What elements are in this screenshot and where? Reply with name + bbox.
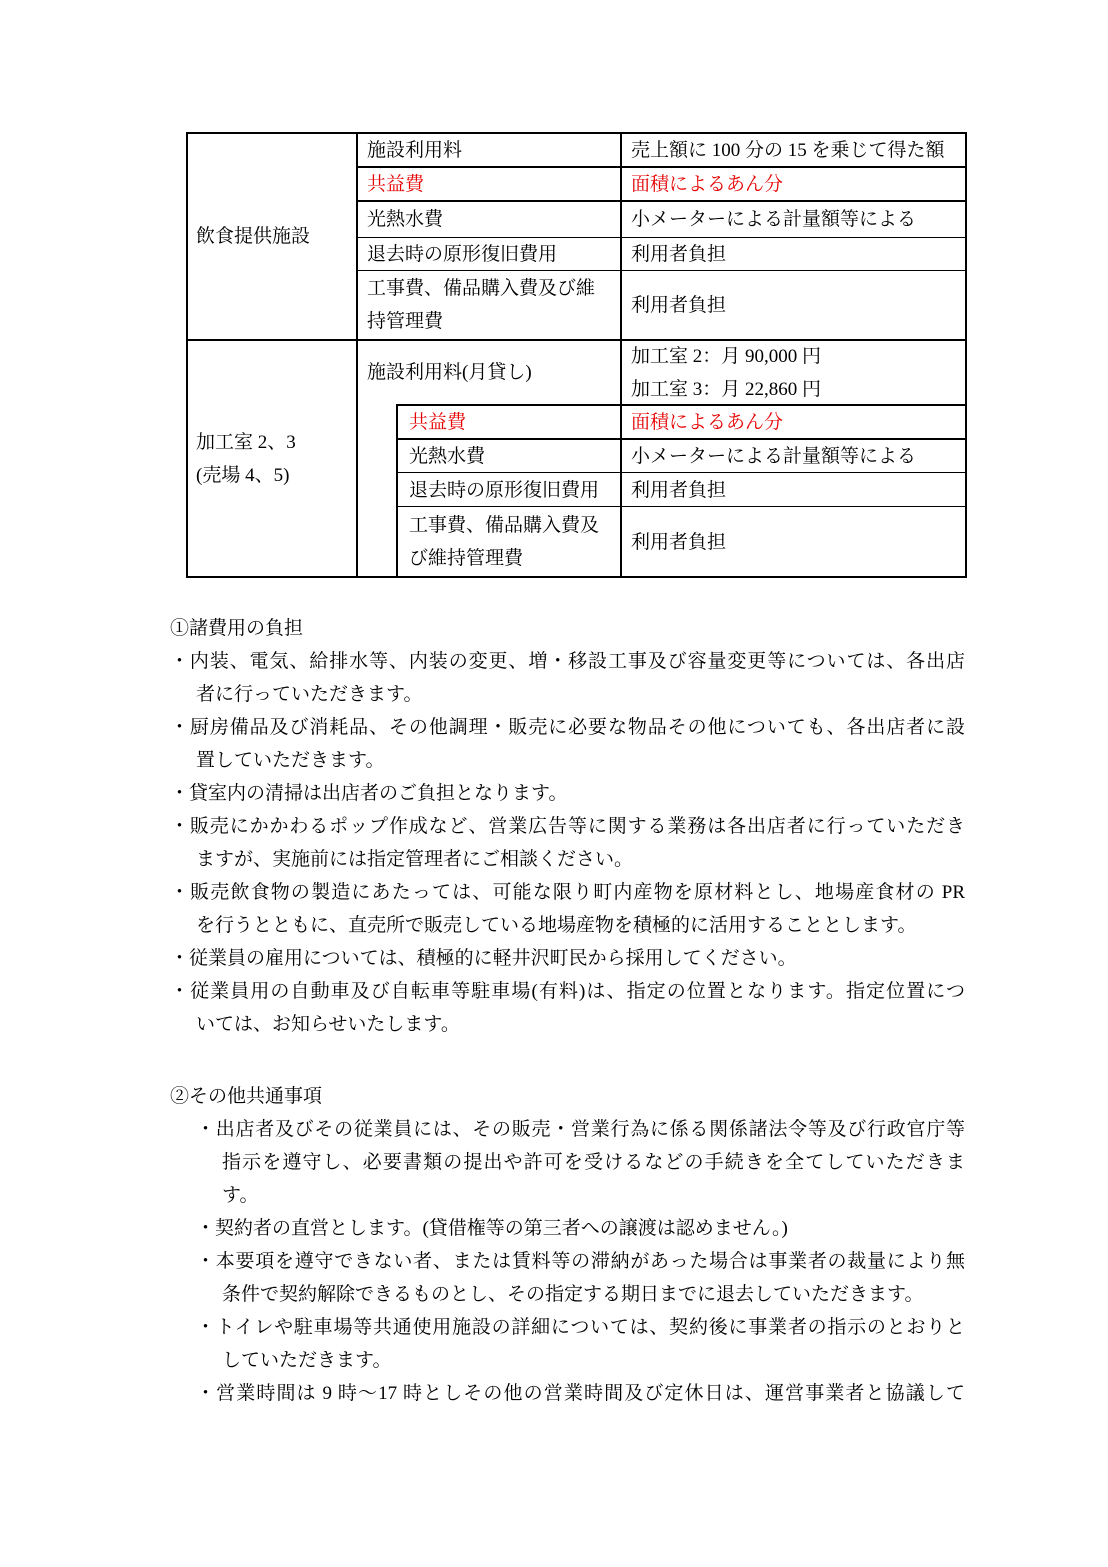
fee-label-common-service: 共益費 <box>358 168 620 200</box>
rent-value-room2: 加工室 2：月 90,000 円 <box>631 340 821 373</box>
fee-value-text: 利用者負担 <box>631 238 726 271</box>
fee-value-monthly-rent: 加工室 2：月 90,000 円 加工室 3：月 22,860 円 <box>622 341 965 404</box>
note-line: 置していただきます。 <box>196 744 965 777</box>
group-cell-restaurant: 飲食提供施設 <box>188 134 356 339</box>
fee-value-common-service: 面積によるあん分 <box>622 168 965 200</box>
subfee-label-common-service: 共益費 <box>400 406 620 438</box>
subfee-label: 工事費、備品購入費及 び維持管理費 <box>400 508 620 576</box>
note-line: ・トイレや駐車場等共通使用施設の詳細については、契約後に事業者の指示のとおりと <box>196 1311 965 1344</box>
fee-label-text: 共益費 <box>367 168 424 201</box>
note-line: ・従業員の雇用については、積極的に軽井沢町民から採用してください。 <box>170 942 965 975</box>
fee-value-text: 面積によるあん分 <box>631 406 783 439</box>
fee-value-text: 利用者負担 <box>631 474 726 507</box>
fee-label-line2: び維持管理費 <box>409 542 599 575</box>
fee-label-wrapped: 工事費、備品購入費及 び維持管理費 <box>409 509 599 575</box>
fee-label-text: 共益費 <box>409 406 466 439</box>
fee-value: 小メーターによる計量額等による <box>622 202 965 237</box>
note-line: ・販売にかかわるポップ作成など、営業広告等に関する業務は各出店者に行っていただき <box>170 810 965 843</box>
notes-section-common: ②その他共通事項 ・出店者及びその従業員には、その販売・営業行為に係る関係諸法令… <box>170 1080 965 1410</box>
fee-value: 利用者負担 <box>622 238 965 270</box>
note-line: 指示を遵守し、必要書類の提出や許可を受けるなどの手続きを全てしていただきま <box>222 1146 965 1179</box>
fee-value-text: 面積によるあん分 <box>631 168 783 201</box>
group-label-line1: 加工室 2、3 <box>196 426 296 459</box>
group-cell-processing-rooms: 加工室 2、3 (売場 4、5) <box>188 341 356 576</box>
notes-section-costs: ①諸費用の負担 ・内装、電気、給排水等、内装の変更、増・移設工事及び容量変更等に… <box>170 612 965 1041</box>
note-line: ・出店者及びその従業員には、その販売・営業行為に係る関係諸法令等及び行政官庁等 <box>196 1113 965 1146</box>
note-line: ・契約者の直営とします。(貸借権等の第三者への譲渡は認めません。) <box>196 1212 965 1245</box>
note-line: 条件で契約解除できるものとし、その指定する期日までに退去していただきます。 <box>222 1278 965 1311</box>
subtable-left-border <box>396 404 398 576</box>
fee-value-text: 小メーターによる計量額等による <box>631 440 916 473</box>
note-line: ・従業員用の自動車及び自転車等駐車場(有料)は、指定の位置となります。指定位置に… <box>170 975 965 1008</box>
section-heading-common: ②その他共通事項 <box>170 1080 965 1113</box>
fee-label-text: 施設利用料(月貸し) <box>367 356 532 389</box>
fee-label-text: 光熱水費 <box>367 203 443 236</box>
fee-value-text: 小メーターによる計量額等による <box>631 203 916 236</box>
fee-label: 工事費、備品購入費及び維 持管理費 <box>358 271 620 339</box>
note-line: す。 <box>222 1179 965 1212</box>
fee-label: 退去時の原形復旧費用 <box>358 238 620 270</box>
note-line: 者に行っていただきます。 <box>196 678 965 711</box>
subfee-value: 利用者負担 <box>622 508 965 576</box>
note-line: ますが、実施前には指定管理者にご相談ください。 <box>196 843 965 876</box>
fee-label-text: 施設利用料 <box>367 134 462 167</box>
subfee-label: 光熱水費 <box>400 440 620 472</box>
fee-label-text: 退去時の原形復旧費用 <box>367 238 557 271</box>
fee-value-text: 売上額に 100 分の 15 を乗じて得た額 <box>631 134 945 167</box>
section-heading-costs: ①諸費用の負担 <box>170 612 965 645</box>
subfee-label: 退去時の原形復旧費用 <box>400 474 620 506</box>
fee-value: 利用者負担 <box>622 271 965 339</box>
fee-label: 施設利用料 <box>358 134 620 166</box>
note-line: していただきます。 <box>222 1344 965 1377</box>
note-line: いては、お知らせいたします。 <box>196 1008 965 1041</box>
fee-label: 光熱水費 <box>358 202 620 237</box>
fee-label-wrapped: 工事費、備品購入費及び維 持管理費 <box>367 272 595 338</box>
fee-value-text: 利用者負担 <box>631 289 726 322</box>
note-line: ・本要項を遵守できない者、または賃料等の滞納があった場合は事業者の裁量により無 <box>196 1245 965 1278</box>
subfee-value: 小メーターによる計量額等による <box>622 440 965 472</box>
group-label: 飲食提供施設 <box>196 220 310 253</box>
fee-label-line1: 工事費、備品購入費及び維 <box>367 272 595 305</box>
note-line: ・販売飲食物の製造にあたっては、可能な限り町内産物を原材料とし、地場産食材の P… <box>170 876 965 909</box>
fee-label-line2: 持管理費 <box>367 305 595 338</box>
document-page: 飲食提供施設 施設利用料 売上額に 100 分の 15 を乗じて得た額 共益費 … <box>0 0 1108 1567</box>
fee-label-monthly-rent: 施設利用料(月貸し) <box>358 341 620 404</box>
note-line: ・内装、電気、給排水等、内装の変更、増・移設工事及び容量変更等については、各出店 <box>170 645 965 678</box>
fee-value: 売上額に 100 分の 15 を乗じて得た額 <box>622 134 965 166</box>
fee-table: 飲食提供施設 施設利用料 売上額に 100 分の 15 を乗じて得た額 共益費 … <box>186 132 967 578</box>
note-line: ・厨房備品及び消耗品、その他調理・販売に必要な物品その他についても、各出店者に設 <box>170 711 965 744</box>
note-line: ・貸室内の清掃は出店者のご負担となります。 <box>170 777 965 810</box>
subfee-value-common-service: 面積によるあん分 <box>622 406 965 438</box>
note-line: を行うとともに、直売所で販売している地場産物を積極的に活用することとします。 <box>196 909 965 942</box>
fee-label-line1: 工事費、備品購入費及 <box>409 509 599 542</box>
fee-label-text: 退去時の原形復旧費用 <box>409 474 599 507</box>
rent-value-room3: 加工室 3：月 22,860 円 <box>631 373 821 406</box>
group-label-wrapped: 加工室 2、3 (売場 4、5) <box>196 426 296 492</box>
rent-values: 加工室 2：月 90,000 円 加工室 3：月 22,860 円 <box>631 340 821 406</box>
subfee-value: 利用者負担 <box>622 474 965 506</box>
group-label-line2: (売場 4、5) <box>196 459 296 492</box>
fee-value-text: 利用者負担 <box>631 526 726 559</box>
note-line: ・営業時間は 9 時～17 時としその他の営業時間及び定休日は、運営事業者と協議… <box>196 1377 965 1410</box>
fee-label-text: 光熱水費 <box>409 440 485 473</box>
